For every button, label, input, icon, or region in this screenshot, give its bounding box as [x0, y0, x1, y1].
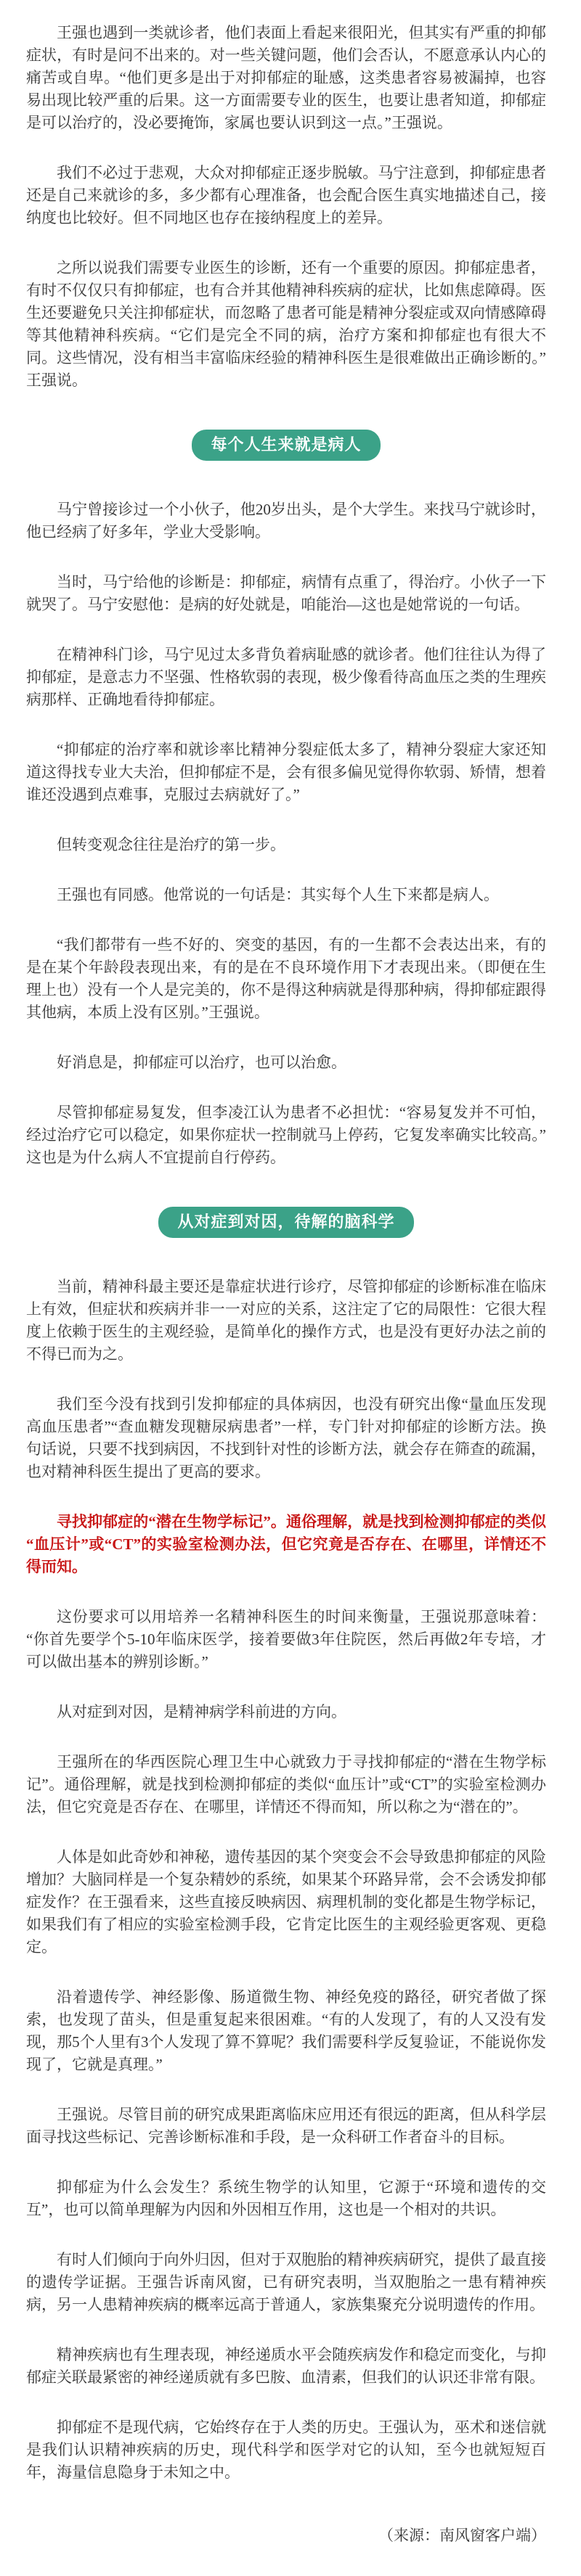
paragraph: 之所以说我们需要专业医生的诊断，还有一个重要的原因。抑郁症患者，有时不仅仅只有抑…	[26, 257, 546, 392]
section-heading-badge: 每个人生来就是病人	[192, 430, 380, 461]
paragraph: 但转变观念往往是治疗的第一步。	[26, 834, 546, 856]
section-heading-wrap: 从对症到对因，待解的脑科学	[26, 1207, 546, 1238]
section-heading-wrap: 每个人生来就是病人	[26, 430, 546, 461]
paragraph: 从对症到对因，是精神病学科前进的方向。	[26, 1701, 546, 1723]
paragraph: 抑郁症不是现代病，它始终存在于人类的历史。王强认为，巫术和迷信就是我们认识精神疾…	[26, 2416, 546, 2484]
paragraph: “抑郁症的治疗率和就诊率比精神分裂症低太多了，精神分裂症大家还知道这得找专业大夫…	[26, 739, 546, 806]
paragraph: 王强说。尽管目前的研究成果距离临床应用还有很远的距离，但从科学层面寻找这些标记、…	[26, 2104, 546, 2149]
highlighted-paragraph: 寻找抑郁症的“潜在生物学标记”。通俗理解，就是找到检测抑郁症的类似“血压计”或“…	[26, 1511, 546, 1578]
paragraph: 有时人们倾向于向外归因，但对于双胞胎的精神疾病研究，提供了最直接的遗传学证据。王…	[26, 2249, 546, 2316]
section-heading-badge: 从对症到对因，待解的脑科学	[158, 1207, 413, 1238]
paragraph: 王强也遇到一类就诊者，他们表面上看起来很阳光，但其实有严重的抑郁症状，有时是问不…	[26, 22, 546, 134]
paragraph: 抑郁症为什么会发生？系统生物学的认知里，它源于“环境和遗传的交互”，也可以简单理…	[26, 2176, 546, 2221]
paragraph: 人体是如此奇妙和神秘，遗传基因的某个突变会不会导致患抑郁症的风险增加？大脑同样是…	[26, 1846, 546, 1958]
paragraph: 当时，马宁给他的诊断是：抑郁症，病情有点重了，得治疗。小伙子一下就哭了。马宁安慰…	[26, 571, 546, 616]
paragraph: 我们至今没有找到引发抑郁症的具体病因，也没有研究出像“量血压发现高血压患者”“查…	[26, 1393, 546, 1483]
paragraph: 尽管抑郁症易复发，但李凌江认为患者不必担忧：“容易复发并不可怕，经过治疗它可以稳…	[26, 1102, 546, 1169]
source-attribution: （来源：南风窗客户端）	[26, 2524, 546, 2547]
paragraph: 王强也有同感。他常说的一句话是：其实每个人生下来都是病人。	[26, 884, 546, 906]
paragraph: “我们都带有一些不好的、突变的基因，有的一生都不会表达出来，有的是在某个年龄段表…	[26, 934, 546, 1024]
article-body: 王强也遇到一类就诊者，他们表面上看起来很阳光，但其实有严重的抑郁症状，有时是问不…	[26, 22, 546, 2484]
article-page: 王强也遇到一类就诊者，他们表面上看起来很阳光，但其实有严重的抑郁症状，有时是问不…	[0, 0, 581, 2576]
paragraph: 沿着遗传学、神经影像、肠道微生物、神经免疫的路径，研究者做了探索，也发现了苗头，…	[26, 1986, 546, 2076]
paragraph: 这份要求可以用培养一名精神科医生的时间来衡量，王强说那意味着：“你首先要学个5-…	[26, 1606, 546, 1673]
paragraph: 在精神科门诊，马宁见过太多背负着病耻感的就诊者。他们往往认为得了抑郁症，是意志力…	[26, 644, 546, 711]
paragraph: 精神疾病也有生理表现，神经递质水平会随疾病发作和稳定而变化，与抑郁症关联最紧密的…	[26, 2344, 546, 2389]
paragraph: 王强所在的华西医院心理卫生中心就致力于寻找抑郁症的“潜在生物学标记”。通俗理解，…	[26, 1751, 546, 1818]
paragraph: 当前，精神科最主要还是靠症状进行诊疗，尽管抑郁症的诊断标准在临床上有效，但症状和…	[26, 1276, 546, 1366]
paragraph: 我们不必过于悲观，大众对抑郁症正逐步脱敏。马宁注意到，抑郁症患者还是自己来就诊的…	[26, 162, 546, 229]
paragraph: 好消息是，抑郁症可以治疗，也可以治愈。	[26, 1051, 546, 1074]
paragraph: 马宁曾接诊过一个小伙子，他20岁出头，是个大学生。来找马宁就诊时，他已经病了好多…	[26, 499, 546, 543]
